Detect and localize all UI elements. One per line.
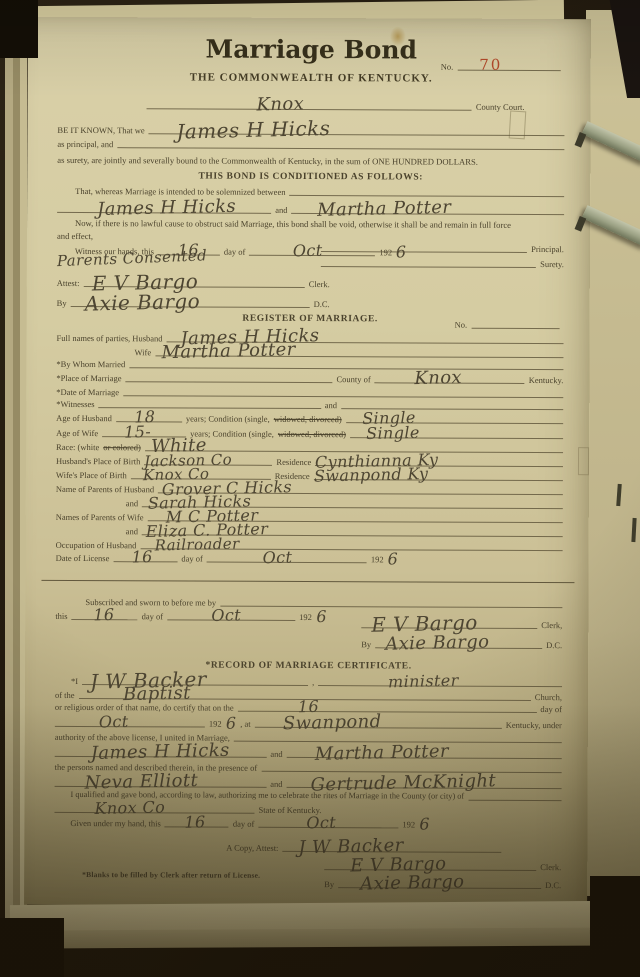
sworn-day-line: 16: [72, 607, 138, 620]
sworn-clerk-line: E V Bargo: [361, 613, 537, 629]
row-surety-clause: as surety, are jointly and severally bou…: [57, 153, 564, 167]
row-surety-signature: Surety.: [321, 254, 564, 268]
dc-label: D.C.: [314, 300, 330, 309]
day-of-label: day of: [181, 554, 203, 563]
footnote-text: *Blanks to be filled by Clerk after retu…: [82, 870, 260, 880]
sworn-year-handwritten: 6: [316, 609, 327, 625]
clerk-label: Clerk,: [541, 621, 562, 630]
this-label: this: [55, 611, 67, 620]
surety-clause-text: as surety, are jointly and severally bou…: [57, 156, 478, 166]
dc-label: D.C.: [546, 641, 562, 650]
year-printed: 192: [371, 555, 384, 564]
year-printed: 192: [209, 719, 222, 728]
license-year-handwritten: 6: [387, 551, 398, 567]
paper-stack-bottom-edge: [62, 928, 590, 949]
given-day-handwritten: 16: [185, 814, 207, 830]
given-year-handwritten: 6: [419, 816, 430, 832]
row-sworn-clerk: E V Bargo Clerk,: [361, 608, 562, 629]
photo-background: Marriage Bond No. 70 THE COMMONWEALTH OF…: [0, 0, 640, 977]
surety-label: Surety.: [540, 260, 564, 269]
given-label: Given under my hand, this: [70, 818, 160, 827]
witness-month-handwritten: Oct: [293, 243, 323, 260]
and-label: and: [275, 205, 287, 214]
row-couple-names: James H Hicks and Martha Potter: [57, 193, 564, 215]
certificate-deputy-handwritten: Axie Bargo: [360, 873, 465, 893]
principal-name-line: James H Hicks: [149, 119, 565, 136]
emboss-mark: [578, 447, 589, 475]
day-of-label: day of: [233, 819, 255, 828]
sworn-day-handwritten: 16: [93, 607, 115, 623]
attest-label: Attest:: [57, 278, 80, 287]
principal-label: Principal.: [531, 244, 564, 253]
sworn-deputy-handwritten: Axie Bargo: [385, 633, 490, 653]
by-label: By: [361, 640, 371, 649]
surety-signature-line: [321, 266, 536, 268]
year-printed: 192: [299, 612, 312, 621]
county-line: Knox: [147, 95, 472, 110]
row-as-principal: as principal, and: [57, 135, 564, 150]
license-day-handwritten: 16: [131, 549, 153, 565]
sworn-month-line: Oct: [167, 607, 295, 621]
paper-stack-left-edge: [13, 27, 20, 947]
row-bond-number: No. 70: [441, 55, 561, 72]
sworn-deputy-line: Axie Bargo: [375, 634, 542, 649]
given-day-line: 16: [165, 814, 229, 827]
parents-consented-handwritten: Parents Consented: [57, 248, 208, 269]
row-commonwealth: THE COMMONWEALTH OF KENTUCKY.: [58, 69, 565, 85]
register-county-line: Knox: [375, 369, 525, 384]
place-label: *Place of Marriage: [56, 373, 121, 382]
kentucky-under-label: Kentucky, under: [506, 720, 562, 729]
row-place-of-marriage: *Place of Marriage County of Knox Kentuc…: [56, 364, 563, 384]
document-title: Marriage Bond: [206, 37, 418, 63]
certify-day-line: 16: [238, 699, 537, 713]
by-label: By: [57, 298, 67, 307]
as-principal-label: as principal, and: [57, 139, 113, 148]
bond-no-label: No.: [441, 62, 454, 71]
groom-line: James H Hicks: [57, 199, 271, 214]
surety-name-line: [117, 147, 564, 150]
row-attest: Attest: E V Bargo Clerk.: [57, 269, 330, 288]
place-line: Swanpond: [255, 714, 502, 729]
copy-attest-label: A Copy, Attest:: [226, 843, 278, 852]
row-given-under-hand: Given under my hand, this 16 day of Oct …: [54, 811, 477, 829]
county-of-label: County of: [336, 375, 370, 384]
be-it-known-label: BE IT KNOWN, That we: [57, 125, 144, 134]
certificate-groom-line: James H Hicks: [55, 743, 267, 758]
row-conditioned-heading: THIS BOND IS CONDITIONED AS FOLLOWS:: [57, 168, 564, 183]
license-month-line: Oct: [207, 550, 367, 564]
by-label: By: [324, 880, 334, 889]
at-label: , at: [240, 719, 250, 728]
paper-stack-left-edge: [5, 34, 13, 942]
given-month-handwritten: Oct: [306, 815, 336, 832]
row-certificate-deputy: By Axie Bargo D.C.: [324, 868, 561, 889]
sworn-month-handwritten: Oct: [211, 607, 241, 624]
marriage-bond-page: Marriage Bond No. 70 THE COMMONWEALTH OF…: [24, 17, 591, 907]
day-of-label: day of: [224, 247, 246, 256]
row-by-deputy: By Axie Bargo D.C.: [57, 289, 330, 308]
license-day-line: 16: [113, 549, 177, 562]
dark-corner-bottom-right: [590, 876, 640, 977]
dark-corner-top-left: [0, 0, 38, 58]
row-date-of-license: Date of License 16 day of Oct 192 6: [56, 546, 469, 564]
clerk-signature-line: E V Bargo: [83, 272, 304, 288]
kentucky-label: Kentucky.: [529, 375, 564, 384]
row-certificate-couple: James H Hicks and Martha Potter: [55, 739, 562, 759]
row-void-clause: Now, if there is no lawful cause to obst…: [57, 216, 564, 230]
certificate-deputy-line: Axie Bargo: [338, 874, 541, 889]
bond-no-line: 70: [457, 58, 561, 71]
given-month-line: Oct: [258, 815, 398, 829]
row-footnote: *Blanks to be filled by Clerk after retu…: [82, 867, 342, 880]
indent: [54, 851, 222, 852]
license-month-handwritten: Oct: [263, 550, 293, 567]
license-label: Date of License: [56, 553, 110, 562]
row-certify-date-place: Oct 192 6 , at Swanpond Kentucky, under: [55, 711, 562, 729]
conditioned-heading: THIS BOND IS CONDITIONED AS FOLLOWS:: [198, 172, 423, 182]
row-sworn-deputy: By Axie Bargo D.C.: [361, 628, 562, 649]
day-of-label: day of: [142, 612, 164, 621]
bride-line: Martha Potter: [292, 200, 565, 215]
dc-label: D.C.: [545, 881, 561, 890]
row-be-it-known: BE IT KNOWN, That we James H Hicks: [57, 110, 564, 136]
clerk-label: Clerk.: [309, 280, 330, 289]
certificate-bride-line: Martha Potter: [287, 744, 562, 759]
certify-month-line: Oct: [55, 714, 205, 728]
county-court-label: County Court.: [476, 102, 525, 111]
dark-corner-bottom-left: [0, 918, 64, 977]
row-principal-signature: Principal.: [321, 239, 564, 253]
row-county-court: Knox County Court.: [147, 83, 525, 111]
section-divider-rule: [41, 580, 574, 583]
year-printed: 192: [402, 820, 415, 829]
day-of-label: day of: [540, 705, 562, 714]
row-sworn-date: this 16 day of Oct 192 6: [55, 603, 385, 621]
deputy-signature-line: Axie Bargo: [71, 292, 310, 308]
row-copy-attest: A Copy, Attest: J W Backer: [54, 831, 561, 853]
and-label: and: [270, 749, 282, 758]
